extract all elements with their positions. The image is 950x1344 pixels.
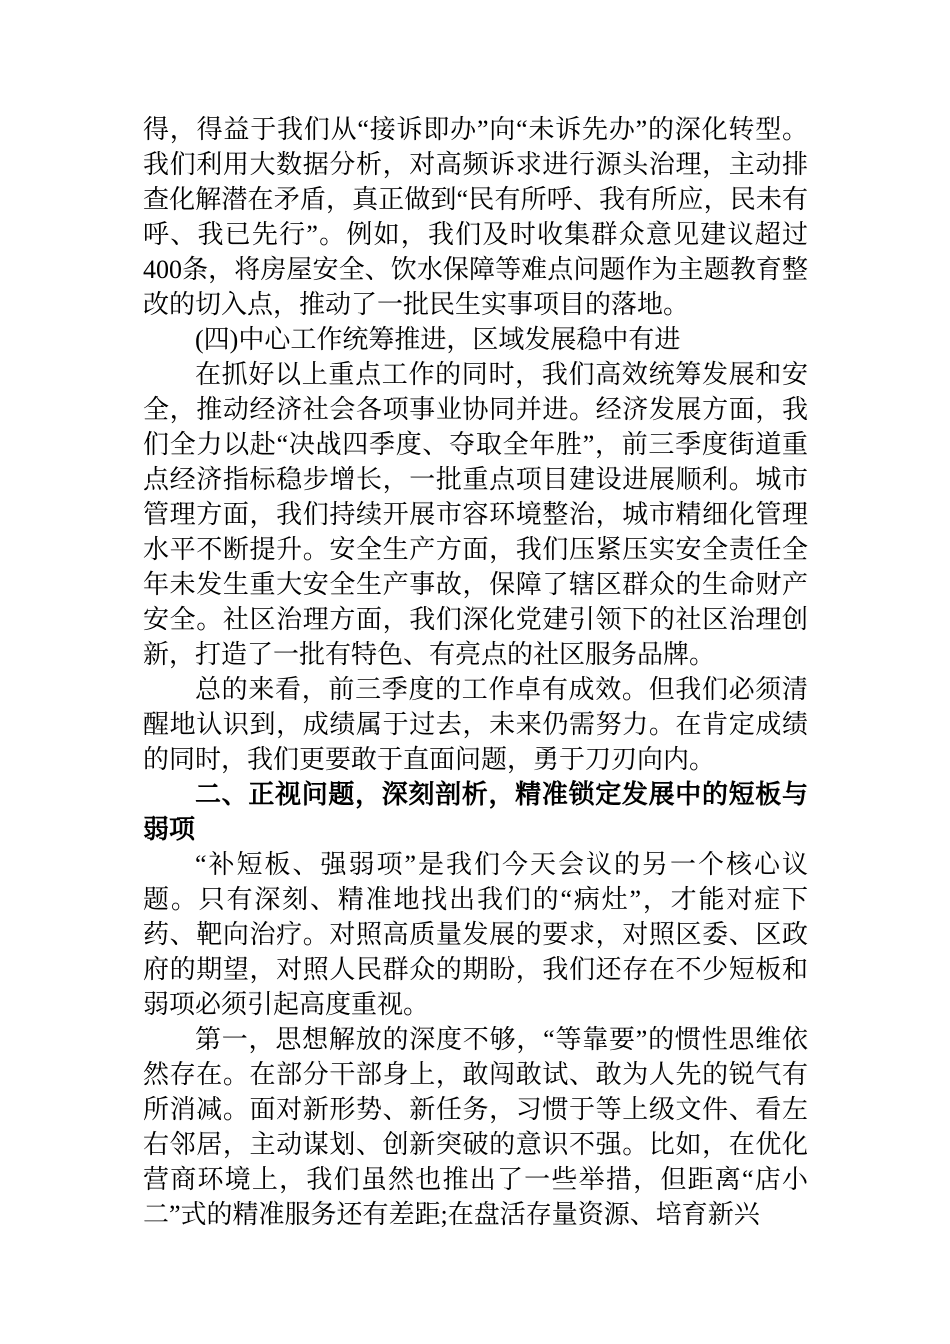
subsection-heading-4: (四)中心工作统筹推进，区域发展稳中有进 <box>143 322 808 357</box>
document-page: 得，得益于我们从“接诉即办”向“未诉先办”的深化转型。我们利用大数据分析，对高频… <box>0 0 950 1344</box>
paragraph-overall-work: 在抓好以上重点工作的同时，我们高效统筹发展和安全，推动经济社会各项事业协同并进。… <box>143 357 808 672</box>
paragraph-first-problem: 第一，思想解放的深度不够，“等靠要”的惯性思维依然存在。在部分干部身上，敢闯敢试… <box>143 1022 808 1232</box>
text-column: 得，得益于我们从“接诉即办”向“未诉先办”的深化转型。我们利用大数据分析，对高频… <box>143 112 808 1232</box>
paragraph-summary: 总的来看，前三季度的工作卓有成效。但我们必须清醒地认识到，成绩属于过去，未来仍需… <box>143 672 808 777</box>
major-section-heading-2: 二、正视问题，深刻剖析，精准锁定发展中的短板与弱项 <box>143 777 808 847</box>
paragraph-continuation: 得，得益于我们从“接诉即办”向“未诉先办”的深化转型。我们利用大数据分析，对高频… <box>143 112 808 322</box>
paragraph-shortcomings-intro: “补短板、强弱项”是我们今天会议的另一个核心议题。只有深刻、精准地找出我们的“病… <box>143 847 808 1022</box>
